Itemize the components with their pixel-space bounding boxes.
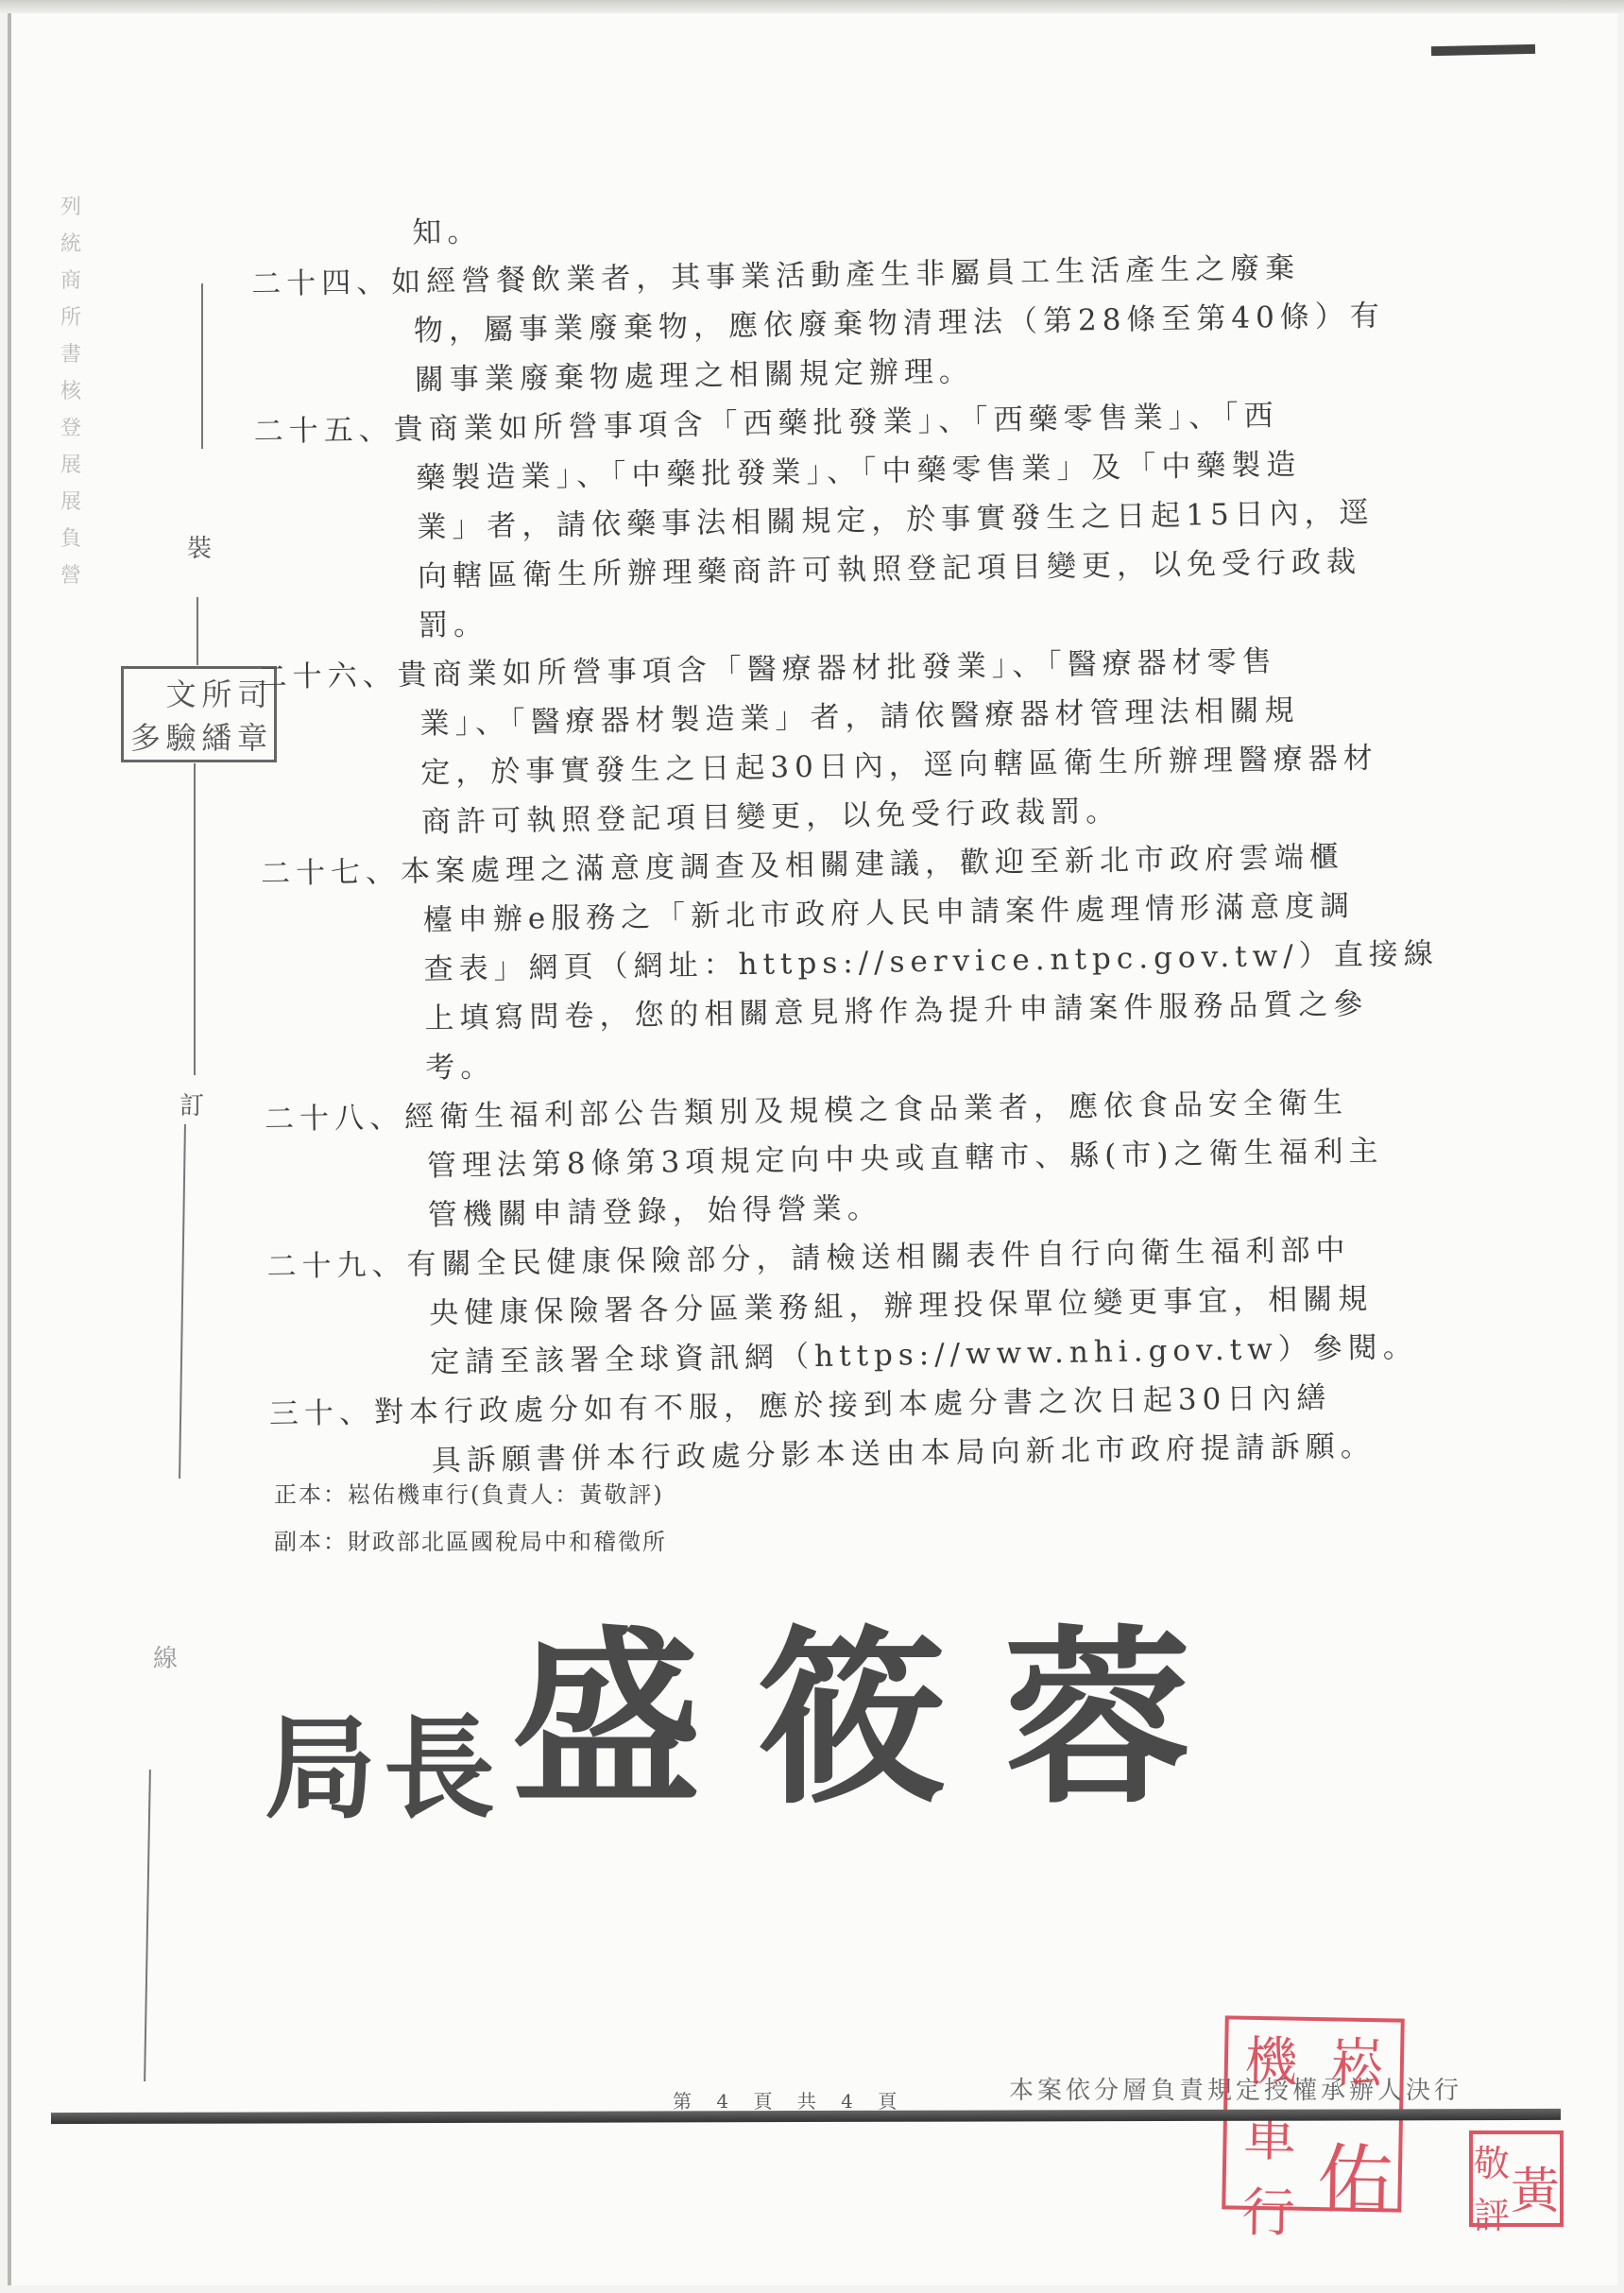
- bleed-char: 書: [57, 336, 85, 373]
- seal-char: 佑: [1316, 2118, 1393, 2228]
- stamp-char: 繙: [201, 714, 231, 758]
- distribution-original: 正本：崧佑機車行(負責人：黃敬評): [274, 1476, 664, 1509]
- seal-char: 行: [1241, 2171, 1295, 2248]
- bleed-char: 統: [57, 226, 85, 263]
- bleed-char: 負: [57, 521, 85, 557]
- signature-name: 盛筱蓉: [512, 1608, 1249, 1830]
- seal-char: 機: [1244, 2020, 1298, 2096]
- notice-body: 知。二十四、如經營餐飲業者，其事業活動產生非屬員工生活產生之廢棄物，屬事業廢棄物…: [321, 192, 1494, 1487]
- personal-seal: 黃敬評: [1469, 2130, 1564, 2227]
- scan-top-edge: [0, 0, 1624, 13]
- bleed-char: 列: [57, 189, 85, 226]
- binding-mark-ding: 訂: [179, 1087, 204, 1121]
- margin-bleed-through-text: 列統商所書核登展展負營: [57, 189, 85, 594]
- signature-title: 局長: [265, 1703, 503, 1834]
- stamp-char: 驗: [166, 714, 197, 758]
- seal-char: 評: [1474, 2186, 1510, 2238]
- distribution-copy: 副本：財政部北區國稅局中和稽徵所: [274, 1523, 667, 1556]
- binding-line: [197, 597, 198, 665]
- stamp-char: 所: [201, 671, 231, 714]
- seal-char: 崧: [1330, 2021, 1384, 2097]
- seal-char: 車: [1242, 2096, 1296, 2172]
- stamp-char: 文: [166, 671, 197, 714]
- bleed-char: 展: [57, 447, 85, 484]
- binding-line: [194, 763, 196, 1075]
- bleed-char: 核: [57, 373, 85, 410]
- page-number: 第 4 頁 共 4 頁: [673, 2086, 906, 2113]
- binding-mark-xian: 線: [153, 1639, 178, 1674]
- seal-char: 敬: [1474, 2134, 1510, 2186]
- stamp-char: 章: [237, 714, 267, 758]
- binding-mark-zhuang: 裝: [187, 529, 212, 564]
- stamp-char: 多: [130, 714, 161, 758]
- bleed-char: 所: [57, 299, 85, 336]
- bleed-char: 展: [57, 484, 85, 521]
- director-signature: 局長盛筱蓉: [265, 1568, 1249, 1840]
- bleed-char: 營: [57, 557, 85, 594]
- seal-char: 黃: [1511, 2151, 1560, 2222]
- bleed-char: 登: [57, 410, 85, 447]
- binding-seal-stamp: 𠇍文所司多驗繙章: [121, 666, 277, 762]
- bleed-char: 商: [57, 263, 85, 299]
- binding-line: [201, 283, 203, 449]
